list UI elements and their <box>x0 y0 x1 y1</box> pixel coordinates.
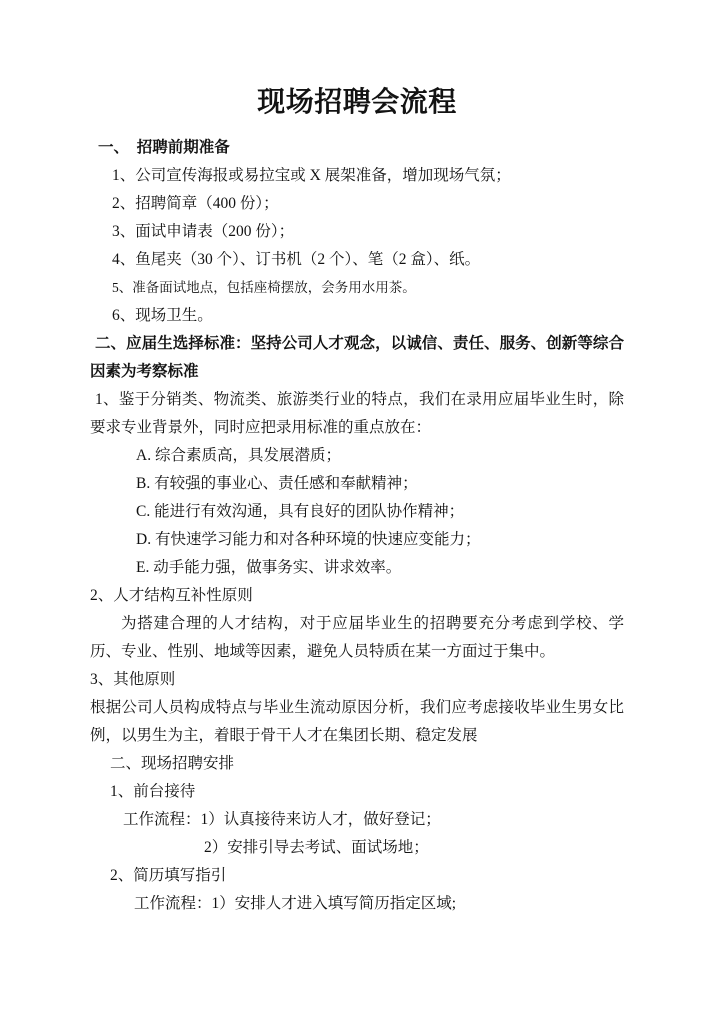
paragraph-line: 二、现场招聘安排 <box>90 750 624 778</box>
paragraph-line: E. 动手能力强，做事务实、讲求效率。 <box>136 554 624 582</box>
paragraph-line: C. 能进行有效沟通，具有良好的团队协作精神； <box>136 498 624 526</box>
document-title: 现场招聘会流程 <box>90 86 624 120</box>
paragraph-line: 1、公司宣传海报或易拉宝或 X 展架准备，增加现场气氛； <box>90 162 624 190</box>
paragraph-line: 6、现场卫生。 <box>90 302 624 330</box>
paragraph-line: 2、简历填写指引 <box>90 862 624 890</box>
paragraph-line: 工作流程：1）认真接待来访人才，做好登记； <box>123 806 624 834</box>
paragraph-line: 3、其他原则 <box>90 666 624 694</box>
paragraph-line: 一、 招聘前期准备 <box>90 134 624 162</box>
paragraph-line: 2）安排引导去考试、面试场地； <box>204 834 624 862</box>
paragraph-line: 工作流程：1）安排人才进入填写简历指定区域; <box>134 890 624 918</box>
paragraph-line: 为搭建合理的人才结构，对于应届毕业生的招聘要充分考虑到学校、学历、专业、性别、地… <box>90 610 624 666</box>
paragraph-line: 2、招聘简章（400 份）； <box>90 190 624 218</box>
paragraph-line: 3、面试申请表（200 份）； <box>90 218 624 246</box>
document-page: 现场招聘会流程 一、 招聘前期准备1、公司宣传海报或易拉宝或 X 展架准备，增加… <box>0 0 721 1020</box>
document-body: 一、 招聘前期准备1、公司宣传海报或易拉宝或 X 展架准备，增加现场气氛；2、招… <box>90 134 624 918</box>
paragraph-line: 1、前台接待 <box>90 778 624 806</box>
paragraph-line: 4、鱼尾夹（30 个）、订书机（2 个）、笔（2 盒）、纸。 <box>90 246 624 274</box>
paragraph-line: 二、应届生选择标准：坚持公司人才观念，以诚信、责任、服务、创新等综合因素为考察标… <box>90 330 624 386</box>
paragraph-line: 1、鉴于分销类、物流类、旅游类行业的特点，我们在录用应届毕业生时，除要求专业背景… <box>90 386 624 442</box>
paragraph-line: 根据公司人员构成特点与毕业生流动原因分析，我们应考虑接收毕业生男女比例，以男生为… <box>90 694 624 750</box>
paragraph-line: A. 综合素质高，具发展潜质； <box>136 442 624 470</box>
paragraph-line: B. 有较强的事业心、责任感和奉献精神； <box>136 470 624 498</box>
paragraph-line: 2、人才结构互补性原则 <box>90 582 624 610</box>
document-content: 现场招聘会流程 一、 招聘前期准备1、公司宣传海报或易拉宝或 X 展架准备，增加… <box>90 86 624 918</box>
paragraph-line: D. 有快速学习能力和对各种环境的快速应变能力； <box>136 526 624 554</box>
paragraph-line: 5、准备面试地点，包括座椅摆放，会务用水用茶。 <box>90 274 624 302</box>
